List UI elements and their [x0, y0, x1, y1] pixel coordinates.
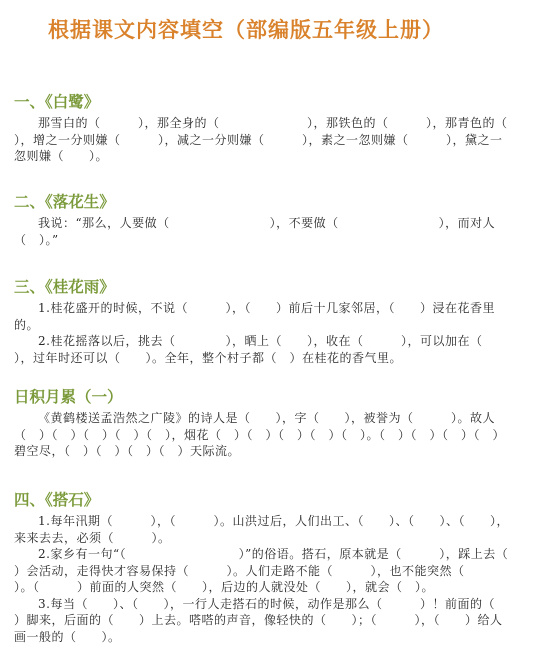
section-heading: 三、《桂花雨》 [14, 275, 514, 297]
fill-blank-paragraph: 《黄鹤楼送孟浩然之广陵》的诗人是（ ），字（ ），被誉为（ ）。故人（ ）（ ）… [14, 410, 514, 460]
section-heading: 一、《白鹭》 [14, 90, 514, 112]
fill-blank-paragraph: 1.桂花盛开的时候，不说（ ），（ ）前后十几家邻居，（ ）浸在花香里的。 [14, 300, 514, 333]
fill-blank-paragraph: 3.每当（ ）、（ ），一行人走搭石的时候，动作是那么（ ）！前面的（ ）脚来，… [14, 596, 514, 646]
fill-blank-paragraph: 我说：“那么，人要做（ ），不要做（ ），而对人（ ）。” [14, 215, 514, 248]
section-heading: 日积月累（一） [14, 385, 514, 407]
section-guihuayu: 三、《桂花雨》 1.桂花盛开的时候，不说（ ），（ ）前后十几家邻居，（ ）浸在… [14, 275, 514, 366]
section-dashi: 四、《搭石》 1.每年汛期（ ），（ ）。山洪过后，人们出工、（ ）、（ ）、（… [14, 488, 514, 645]
section-heading: 四、《搭石》 [14, 488, 514, 510]
document-title: 根据课文内容填空（部编版五年级上册） [48, 14, 444, 44]
section-bailu: 一、《白鹭》 那雪白的（ ），那全身的（ ），那铁色的（ ），那青色的（ ），增… [14, 90, 514, 165]
section-heading: 二、《落花生》 [14, 190, 514, 212]
section-luohuasheng: 二、《落花生》 我说：“那么，人要做（ ），不要做（ ），而对人（ ）。” [14, 190, 514, 248]
fill-blank-paragraph: 2.家乡有一句“（ ）”的俗语。搭石，原本就是（ ），踩上去（ ）会活动，走得快… [14, 546, 514, 596]
section-rijiyuelei: 日积月累（一） 《黄鹤楼送孟浩然之广陵》的诗人是（ ），字（ ），被誉为（ ）。… [14, 385, 514, 460]
fill-blank-paragraph: 1.每年汛期（ ），（ ）。山洪过后，人们出工、（ ）、（ ）、（ ），来来去去… [14, 513, 514, 546]
fill-blank-paragraph: 2.桂花摇落以后，挑去（ ），晒上（ ），收在（ ），可以加在（ ），过年时还可… [14, 333, 514, 366]
fill-blank-paragraph: 那雪白的（ ），那全身的（ ），那铁色的（ ），那青色的（ ），增之一分则嫌（ … [14, 115, 514, 165]
